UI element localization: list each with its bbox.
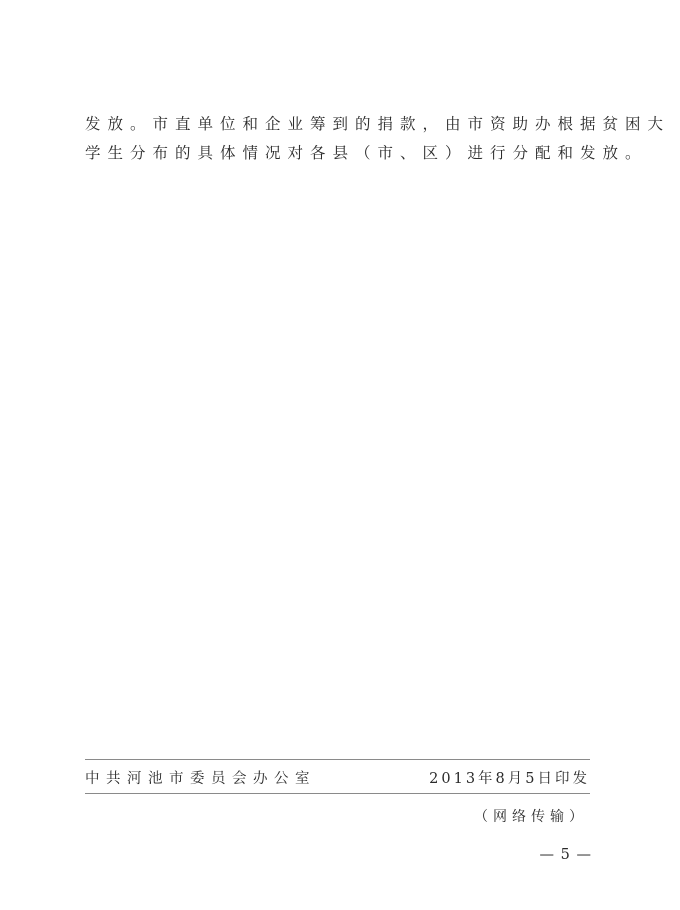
footer-bottom-rule — [85, 793, 590, 794]
footer-top-rule — [85, 759, 590, 760]
page-number: — 5 — — [540, 847, 592, 863]
issuer-name: 中共河池市委员会办公室 — [85, 767, 316, 788]
document-page: 发放。市直单位和企业筹到的捐款，由市资助办根据贫困大 学生分布的具体情况对各县（… — [0, 0, 680, 910]
issuance-footer: 中共河池市委员会办公室 2013年8月5日印发 — [85, 765, 590, 789]
body-line-1: 发放。市直单位和企业筹到的捐款，由市资助办根据贫困大 — [85, 110, 605, 139]
body-line-2: 学生分布的具体情况对各县（市、区）进行分配和发放。 — [85, 139, 605, 168]
body-paragraph: 发放。市直单位和企业筹到的捐款，由市资助办根据贫困大 学生分布的具体情况对各县（… — [85, 110, 605, 168]
transmission-note: （网络传输） — [474, 806, 588, 826]
issue-date: 2013年8月5日印发 — [429, 767, 590, 788]
